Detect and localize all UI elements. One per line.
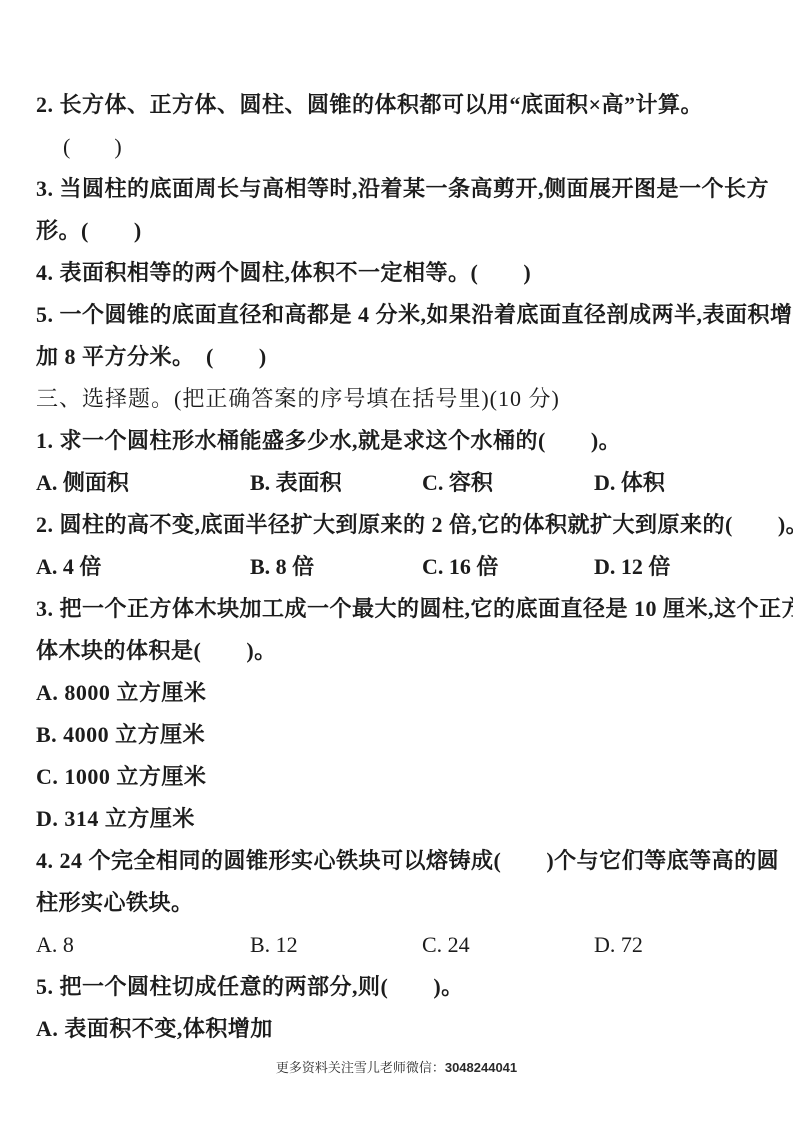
choice-question-3-line-1: 3. 把一个正方体木块加工成一个最大的圆柱,它的底面直径是 10 厘米,这个正方: [36, 588, 773, 630]
choice-question-4-options-row: A. 8 B. 12 C. 24 D. 72: [36, 924, 773, 966]
choice-question-3-line-2: 体木块的体积是( )。: [36, 630, 773, 672]
choice-q3-option-a: A. 8000 立方厘米: [36, 672, 773, 714]
choice-q4-option-c: C. 24: [422, 924, 594, 966]
choice-q3-option-b: B. 4000 立方厘米: [36, 714, 773, 756]
choice-q5-option-a: A. 表面积不变,体积增加: [36, 1008, 773, 1050]
choice-q1-option-d: D. 体积: [594, 462, 773, 504]
tf-question-3-line-2: 形。( ): [36, 210, 773, 252]
choice-q4-option-b: B. 12: [250, 924, 422, 966]
tf-question-4-line-1: 4. 表面积相等的两个圆柱,体积不一定相等。( ): [36, 252, 773, 294]
worksheet-page: 2. 长方体、正方体、圆柱、圆锥的体积都可以用“底面积×高”计算。 ( ) 3.…: [0, 0, 793, 1122]
tf-question-2-line-1: 2. 长方体、正方体、圆柱、圆锥的体积都可以用“底面积×高”计算。: [36, 84, 773, 126]
choice-q1-option-a: A. 侧面积: [36, 462, 250, 504]
footer-watermark: 更多资料关注雪儿老师微信：3048244041: [0, 1058, 793, 1078]
worksheet-body: 2. 长方体、正方体、圆柱、圆锥的体积都可以用“底面积×高”计算。 ( ) 3.…: [36, 84, 773, 1050]
choice-q2-option-b: B. 8 倍: [250, 546, 422, 588]
choice-section-heading: 三、选择题。(把正确答案的序号填在括号里)(10 分): [36, 378, 773, 420]
choice-question-2-options-row: A. 4 倍 B. 8 倍 C. 16 倍 D. 12 倍: [36, 546, 773, 588]
choice-question-1-options-row: A. 侧面积 B. 表面积 C. 容积 D. 体积: [36, 462, 773, 504]
choice-question-4-line-2: 柱形实心铁块。: [36, 882, 773, 924]
choice-question-4-line-1: 4. 24 个完全相同的圆锥形实心铁块可以熔铸成( )个与它们等底等高的圆: [36, 840, 773, 882]
choice-q3-option-d: D. 314 立方厘米: [36, 798, 773, 840]
tf-question-5-line-2: 加 8 平方分米。 ( ): [36, 336, 773, 378]
choice-question-1-text: 1. 求一个圆柱形水桶能盛多少水,就是求这个水桶的( )。: [36, 420, 773, 462]
choice-question-2-text: 2. 圆柱的高不变,底面半径扩大到原来的 2 倍,它的体积就扩大到原来的( )。: [36, 504, 773, 546]
choice-q2-option-a: A. 4 倍: [36, 546, 250, 588]
choice-q4-option-d: D. 72: [594, 924, 773, 966]
choice-q2-option-d: D. 12 倍: [594, 546, 773, 588]
tf-question-5-line-1: 5. 一个圆锥的底面直径和高都是 4 分米,如果沿着底面直径剖成两半,表面积增: [36, 294, 773, 336]
choice-q1-option-b: B. 表面积: [250, 462, 422, 504]
footer-watermark-number: 3048244041: [445, 1060, 517, 1075]
tf-question-3-line-1: 3. 当圆柱的底面周长与高相等时,沿着某一条高剪开,侧面展开图是一个长方: [36, 168, 773, 210]
choice-question-5-text: 5. 把一个圆柱切成任意的两部分,则( )。: [36, 966, 773, 1008]
choice-q1-option-c: C. 容积: [422, 462, 594, 504]
choice-q4-option-a: A. 8: [36, 924, 250, 966]
tf-question-2-answer-blank: ( ): [36, 126, 773, 168]
choice-q3-option-c: C. 1000 立方厘米: [36, 756, 773, 798]
choice-q2-option-c: C. 16 倍: [422, 546, 594, 588]
footer-watermark-label: 更多资料关注雪儿老师微信：: [276, 1060, 445, 1075]
